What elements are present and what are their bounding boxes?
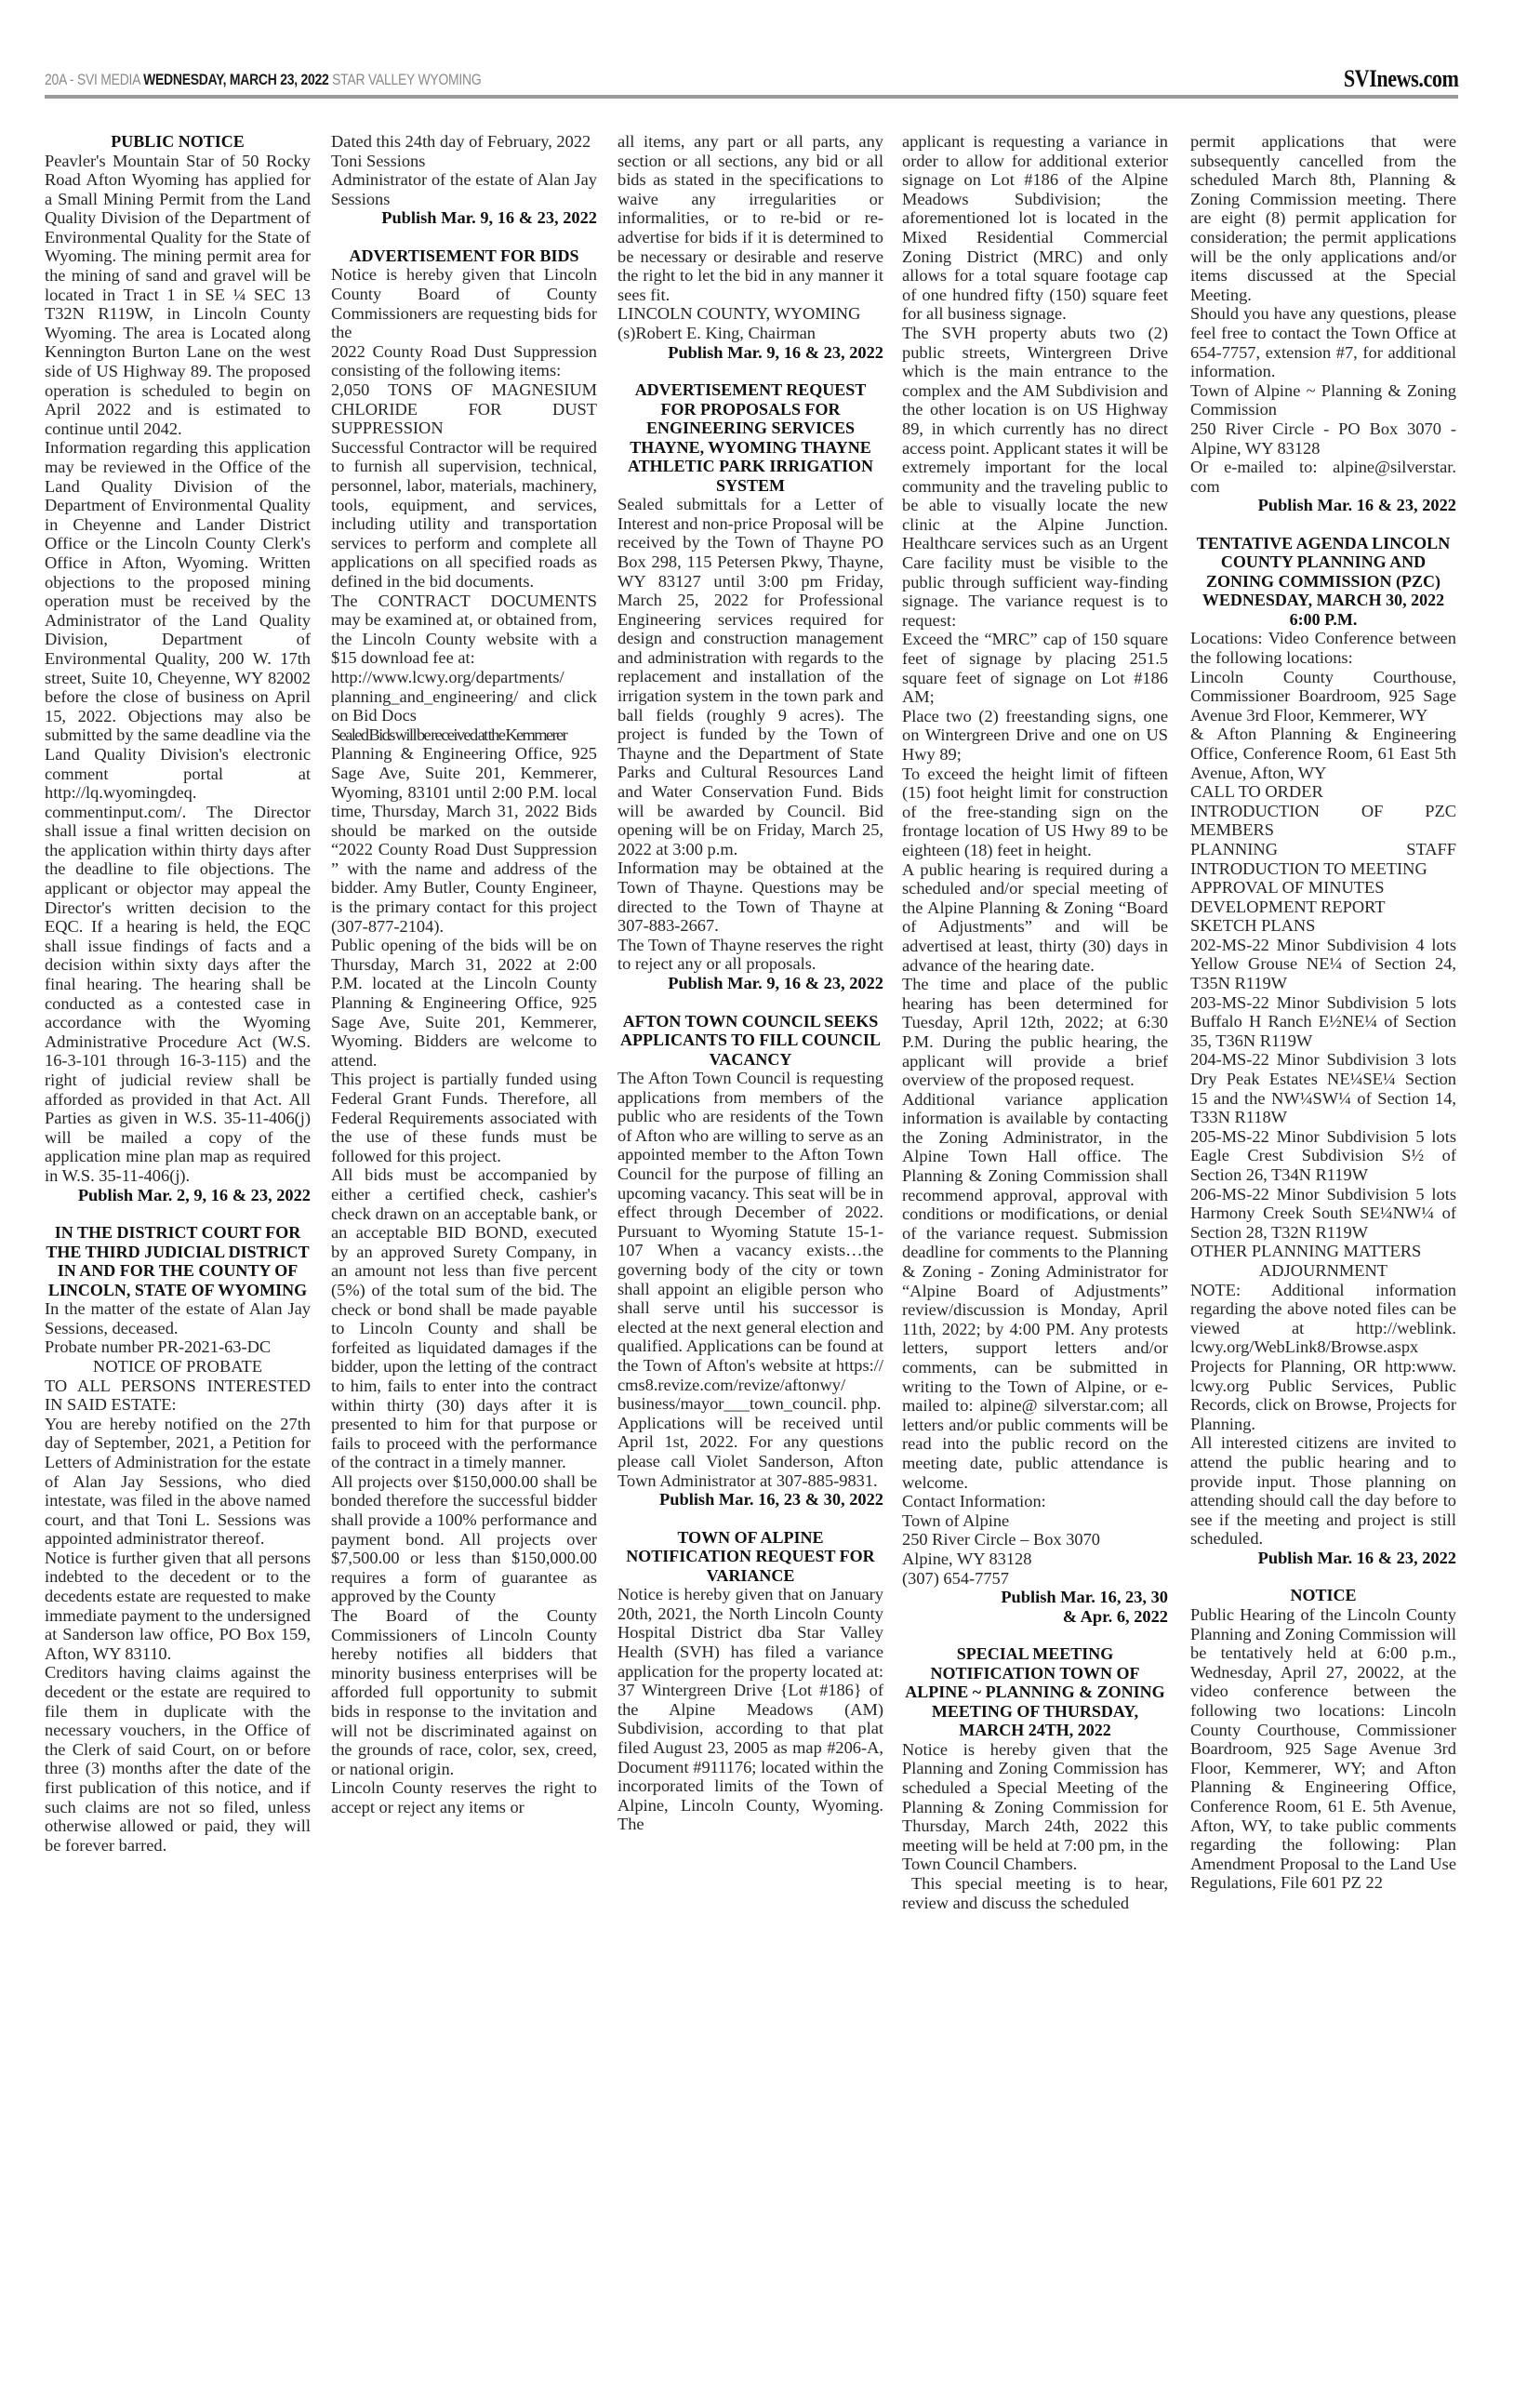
notice-paragraph: & Afton Planning & Engineering Office, C… [1190, 725, 1456, 782]
notice-separator [902, 1626, 1168, 1644]
notice-paragraph: Place two (2) freestanding signs, one on… [902, 707, 1168, 765]
notice-heading: PUBLIC NOTICE [45, 132, 311, 152]
notice-paragraph: 250 River Circle – Box 3070 [902, 1530, 1168, 1550]
notice-paragraph: All projects over $150,000.00 shall be b… [331, 1472, 597, 1606]
column-5: permit applications that were subsequent… [1190, 132, 1456, 1893]
notice-paragraph: SKETCH PLANS [1190, 916, 1456, 936]
notice-paragraph: Exceed the “MRC” cap of 150 square feet … [902, 630, 1168, 706]
notice-paragraph: Peavler's Mountain Star of 50 Rocky Road… [45, 152, 311, 439]
notice-separator [1190, 1567, 1456, 1586]
publish-dates: Publish Mar. 16, 23, 30 [902, 1588, 1168, 1607]
notice-paragraph: Contact Information: [902, 1492, 1168, 1511]
notice-paragraph: Probate number PR-2021-63-DC [45, 1337, 311, 1357]
notice-paragraph: The time and place of the public hearing… [902, 975, 1168, 1090]
masthead-left: 20A - SVI MEDIA WEDNESDAY, MARCH 23, 202… [45, 71, 481, 89]
notice-paragraph: LINCOLN COUNTY, WYOMING [617, 304, 883, 324]
notice-paragraph: 2,050 TONS OF MAGNESIUM CHLORIDE FOR DUS… [331, 380, 597, 438]
notice-paragraph: The Town of Thayne reserves the right to… [617, 936, 883, 974]
notice-separator [45, 1204, 311, 1223]
notice-paragraph: Successful Contractor will be required t… [331, 438, 597, 592]
publish-dates: Publish Mar. 16 & 23, 2022 [1190, 1549, 1456, 1568]
notice-paragraph: INTRODUCTION OF PZC MEMBERS [1190, 802, 1456, 840]
notice-paragraph: Sealed submittals for a Letter of Intere… [617, 495, 883, 858]
notice-paragraph: 203-MS-22 Minor Subdivision 5 lots Buffa… [1190, 993, 1456, 1051]
notice-paragraph: Lincoln County Courthouse, Commissioner … [1190, 668, 1456, 725]
notice-heading: TENTATIVE AGENDA LINCOLN COUNTY PLANNING… [1190, 534, 1456, 630]
notice-paragraph: 206-MS-22 Minor Subdivision 5 lots Harmo… [1190, 1185, 1456, 1243]
notice-paragraph: Sealed Bids will be received at the Kemm… [331, 725, 597, 745]
notice-paragraph: This special meeting is to hear, review … [902, 1874, 1168, 1912]
notice-paragraph: Notice is further given that all persons… [45, 1549, 311, 1664]
notice-paragraph: DEVELOPMENT REPORT [1190, 898, 1456, 917]
notice-paragraph: Administrator of the estate of Alan Jay … [331, 170, 597, 208]
notice-paragraph: The Board of the County Commissioners of… [331, 1606, 597, 1778]
notice-separator [1190, 515, 1456, 534]
notice-heading: NOTICE [1190, 1586, 1456, 1605]
notice-paragraph: APPROVAL OF MINUTES [1190, 878, 1456, 898]
notice-paragraph: Public Hearing of the Lincoln County Pla… [1190, 1605, 1456, 1893]
notice-paragraph: Planning & Engineering Office, 925 Sage … [331, 744, 597, 936]
publish-dates: Publish Mar. 9, 16 & 23, 2022 [331, 208, 597, 228]
notice-separator [617, 1510, 883, 1528]
publish-dates: Publish Mar. 16 & 23, 2022 [1190, 496, 1456, 515]
notice-paragraph: The CONTRACT DOCUMENTS may be examined a… [331, 592, 597, 668]
notice-paragraph: PLANNING STAFF INTRODUCTION TO MEETING [1190, 840, 1456, 878]
notice-paragraph: (307) 654-7757 [902, 1569, 1168, 1589]
column-1: PUBLIC NOTICEPeavler's Mountain Star of … [45, 132, 311, 1855]
column-2: Dated this 24th day of February, 2022Ton… [331, 132, 597, 1817]
centered-line: ADJOURNMENT [1190, 1261, 1456, 1281]
notice-paragraph: http://www.lcwy.org/departments/ plannin… [331, 668, 597, 725]
notice-paragraph: Town of Alpine ~ Planning & Zoning Commi… [1190, 381, 1456, 419]
notice-paragraph: Public opening of the bids will be on Th… [331, 936, 597, 1070]
notice-paragraph: Lincoln County reserves the right to acc… [331, 1778, 597, 1816]
notice-paragraph: CALL TO ORDER [1190, 782, 1456, 802]
notice-paragraph: Applications will be received until Apri… [617, 1414, 883, 1490]
site-name: SVInews.com [1343, 65, 1458, 93]
publish-dates: Publish Mar. 2, 9, 16 & 23, 2022 [45, 1186, 311, 1205]
notice-paragraph: The SVH property abuts two (2) public st… [902, 324, 1168, 631]
notice-paragraph: (s)Robert E. King, Chairman [617, 324, 883, 343]
notice-paragraph: all items, any part or all parts, any se… [617, 132, 883, 304]
notice-heading: ADVERTISEMENT REQUEST FOR PROPOSALS FOR … [617, 380, 883, 495]
notice-paragraph: permit applications that were subsequent… [1190, 132, 1456, 304]
page-label: 20A - SVI MEDIA [45, 71, 143, 88]
notice-paragraph: 250 River Circle - PO Box 3070 - Alpine,… [1190, 419, 1456, 458]
legal-notices-columns: PUBLIC NOTICEPeavler's Mountain Star of … [45, 132, 1458, 2355]
notice-paragraph: Alpine, WY 83128 [902, 1550, 1168, 1569]
notice-paragraph: Creditors having claims against the dece… [45, 1663, 311, 1855]
notice-paragraph: Locations: Video Conference between the … [1190, 629, 1456, 667]
notice-paragraph: In the matter of the estate of Alan Jay … [45, 1299, 311, 1337]
notice-paragraph: All interested citizens are invited to a… [1190, 1433, 1456, 1549]
notice-paragraph: 204-MS-22 Minor Subdivision 3 lots Dry P… [1190, 1050, 1456, 1126]
column-4: applicant is requesting a variance in or… [902, 132, 1168, 1912]
issue-date: WEDNESDAY, MARCH 23, 2022 [143, 71, 328, 88]
notice-separator [331, 228, 597, 246]
notice-paragraph: The Afton Town Council is requesting app… [617, 1069, 883, 1414]
notice-paragraph: Information regarding this application m… [45, 438, 311, 1185]
notice-heading: TOWN OF ALPINE NOTIFICATION REQUEST FOR … [617, 1528, 883, 1586]
notice-paragraph: 202-MS-22 Minor Subdivision 4 lots Yello… [1190, 936, 1456, 993]
notice-heading: SPECIAL MEETING NOTIFICATION TOWN OF ALP… [902, 1644, 1168, 1740]
notice-paragraph: You are hereby notified on the 27th day … [45, 1415, 311, 1549]
notice-paragraph: Dated this 24th day of February, 2022 [331, 132, 597, 152]
masthead-divider [45, 95, 1458, 99]
page-masthead: 20A - SVI MEDIA WEDNESDAY, MARCH 23, 202… [45, 65, 1458, 99]
notice-paragraph: NOTE: Additional information regarding t… [1190, 1281, 1456, 1434]
publish-dates: & Apr. 6, 2022 [902, 1607, 1168, 1627]
notice-paragraph: To exceed the height limit of fifteen (1… [902, 765, 1168, 860]
notice-paragraph: Information may be obtained at the Town … [617, 858, 883, 935]
notice-paragraph: All bids must be accompanied by either a… [331, 1165, 597, 1472]
notice-heading: ADVERTISEMENT FOR BIDS [331, 246, 597, 266]
notice-heading: IN THE DISTRICT COURT FOR THE THIRD JUDI… [45, 1223, 311, 1299]
masthead-location: STAR VALLEY WYOMING [329, 71, 482, 88]
notice-paragraph: 205-MS-22 Minor Subdivision 5 lots Eagle… [1190, 1127, 1456, 1185]
notice-paragraph: OTHER PLANNING MATTERS [1190, 1242, 1456, 1261]
notice-paragraph: Town of Alpine [902, 1511, 1168, 1531]
centered-line: NOTICE OF PROBATE [45, 1357, 311, 1377]
notice-heading: AFTON TOWN COUNCIL SEEKS APPLICANTS TO F… [617, 1012, 883, 1070]
notice-paragraph: Toni Sessions [331, 152, 597, 171]
publish-dates: Publish Mar. 9, 16 & 23, 2022 [617, 343, 883, 363]
notice-paragraph: Or e-mailed to: alpine@silverstar. com [1190, 458, 1456, 496]
notice-paragraph: 2022 County Road Dust Suppression consis… [331, 342, 597, 380]
notice-separator [617, 993, 883, 1012]
notice-paragraph: A public hearing is required during a sc… [902, 860, 1168, 976]
notice-separator [617, 362, 883, 380]
publish-dates: Publish Mar. 9, 16 & 23, 2022 [617, 974, 883, 993]
notice-paragraph: Should you have any questions, please fe… [1190, 304, 1456, 380]
notice-paragraph: Notice is hereby given that on January 2… [617, 1585, 883, 1834]
column-3: all items, any part or all parts, any se… [617, 132, 883, 1834]
notice-paragraph: applicant is requesting a variance in or… [902, 132, 1168, 324]
notice-paragraph: Notice is hereby given that Lincoln Coun… [331, 265, 597, 341]
notice-paragraph: Notice is hereby given that the Planning… [902, 1740, 1168, 1874]
notice-paragraph: Additional variance application informat… [902, 1090, 1168, 1492]
notice-paragraph: TO ALL PERSONS INTERESTED IN SAID ESTATE… [45, 1377, 311, 1415]
publish-dates: Publish Mar. 16, 23 & 30, 2022 [617, 1490, 883, 1510]
notice-paragraph: This project is partially funded using F… [331, 1070, 597, 1165]
